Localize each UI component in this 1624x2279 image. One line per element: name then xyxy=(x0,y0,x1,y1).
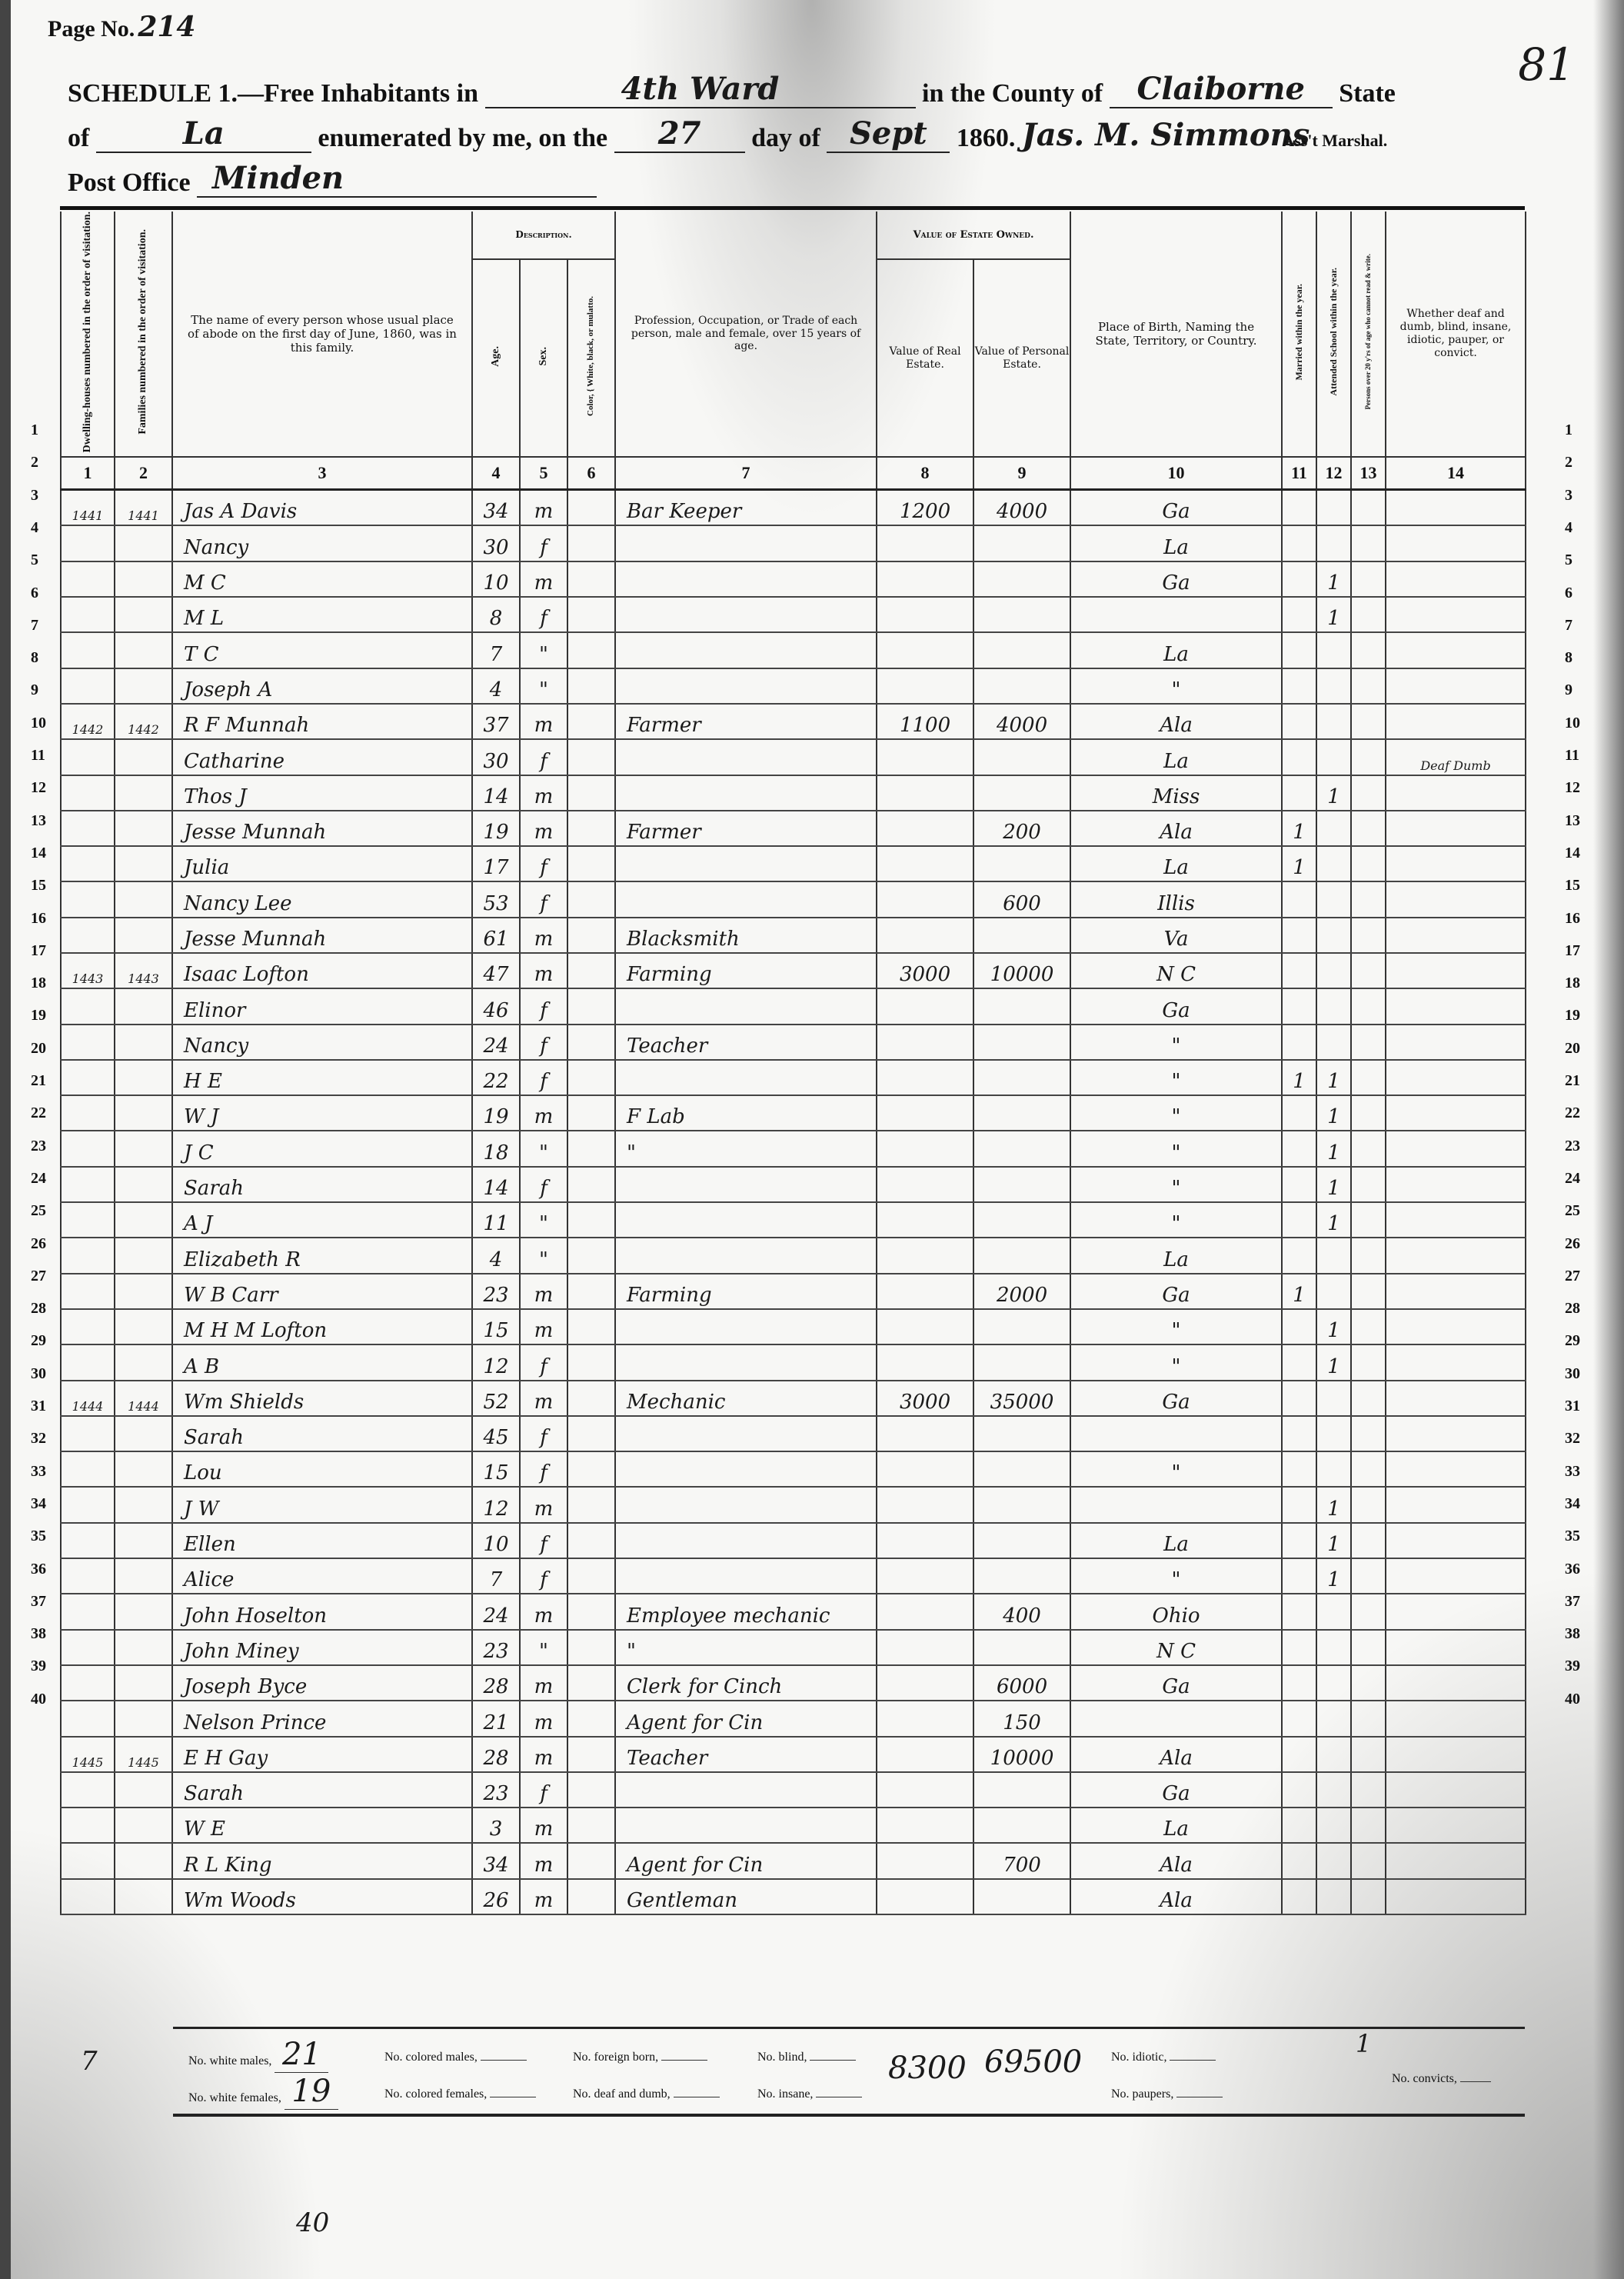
age-cell: 19 xyxy=(472,1095,520,1131)
person-name-cell: Joseph Byce xyxy=(172,1665,472,1701)
married-within-year-cell xyxy=(1282,1523,1316,1558)
birthplace-cell: Ga xyxy=(1070,490,1282,526)
birthplace-cell xyxy=(1070,1487,1282,1522)
family-number-cell xyxy=(115,1843,172,1878)
family-number-cell xyxy=(115,1630,172,1665)
occupation-cell xyxy=(615,668,877,704)
group-header-value-of-estate: Value of Estate Owned. xyxy=(877,212,1070,259)
line-number: 6 xyxy=(1565,585,1572,602)
color-cell xyxy=(567,490,615,526)
total-colored-males: No. colored males, xyxy=(384,2051,527,2064)
person-name-cell: Wm Shields xyxy=(172,1381,472,1416)
schedule-title: SCHEDULE 1.—Free Inhabitants in xyxy=(68,79,478,108)
occupation-cell: Farmer xyxy=(615,811,877,846)
color-cell xyxy=(567,1737,615,1772)
census-row: H E22f"11 xyxy=(61,1060,1526,1095)
census-row: J C18"""1 xyxy=(61,1131,1526,1166)
cannot-read-write-cell xyxy=(1351,775,1386,811)
census-row: A B12f"1 xyxy=(61,1344,1526,1380)
page-number-value: 214 xyxy=(138,11,195,43)
married-within-year-cell xyxy=(1282,1487,1316,1522)
family-number-cell xyxy=(115,1344,172,1380)
age-cell: 18 xyxy=(472,1131,520,1166)
disability-cell xyxy=(1386,1202,1526,1238)
personal-estate-value-cell xyxy=(973,1523,1070,1558)
line-number: 8 xyxy=(31,649,38,667)
cannot-read-write-cell xyxy=(1351,918,1386,953)
attended-school-cell: 1 xyxy=(1316,775,1351,811)
personal-estate-value-cell xyxy=(973,988,1070,1024)
color-cell xyxy=(567,597,615,632)
disability-cell xyxy=(1386,1060,1526,1095)
married-within-year-cell xyxy=(1282,1630,1316,1665)
census-table: Dwelling-houses numbered in the order of… xyxy=(60,212,1526,1915)
real-estate-value-cell xyxy=(877,988,973,1024)
dwelling-number-cell: 1443 xyxy=(61,953,115,988)
cannot-read-write-cell xyxy=(1351,1843,1386,1878)
married-within-year-cell xyxy=(1282,525,1316,561)
sex-cell: m xyxy=(520,1843,567,1878)
family-number-cell xyxy=(115,1879,172,1914)
personal-estate-value-cell xyxy=(973,1309,1070,1344)
line-number: 7 xyxy=(31,617,38,635)
dwelling-number-cell xyxy=(61,1808,115,1843)
age-cell: 7 xyxy=(472,632,520,668)
occupation-cell: Blacksmith xyxy=(615,918,877,953)
cannot-read-write-cell xyxy=(1351,1167,1386,1202)
personal-estate-value-cell: 400 xyxy=(973,1594,1070,1629)
cannot-read-write-cell xyxy=(1351,561,1386,597)
total-illiterate: 1 xyxy=(1356,2029,1371,2058)
age-cell: 30 xyxy=(472,739,520,775)
census-row: Nancy24fTeacher" xyxy=(61,1025,1526,1060)
real-estate-value-cell xyxy=(877,1737,973,1772)
personal-estate-value-cell xyxy=(973,597,1070,632)
family-number-cell: 1442 xyxy=(115,704,172,739)
person-name-cell: R F Munnah xyxy=(172,704,472,739)
married-within-year-cell: 1 xyxy=(1282,811,1316,846)
cannot-read-write-cell xyxy=(1351,597,1386,632)
attended-school-cell xyxy=(1316,525,1351,561)
family-number-cell: 1441 xyxy=(115,490,172,526)
line-number: 16 xyxy=(1565,910,1580,928)
person-name-cell: M L xyxy=(172,597,472,632)
married-within-year-cell xyxy=(1282,1381,1316,1416)
sex-cell: " xyxy=(520,632,567,668)
attended-school-cell xyxy=(1316,490,1351,526)
census-row: M L8f1 xyxy=(61,597,1526,632)
age-cell: 61 xyxy=(472,918,520,953)
marshal-title: Ass't Marshal. xyxy=(1282,131,1387,150)
married-within-year-cell xyxy=(1282,1808,1316,1843)
disability-cell xyxy=(1386,1594,1526,1629)
census-row: Jesse Munnah19mFarmer200Ala1 xyxy=(61,811,1526,846)
personal-estate-value-cell xyxy=(973,1558,1070,1594)
dwelling-number-cell xyxy=(61,1060,115,1095)
schedule-title-line: SCHEDULE 1.—Free Inhabitants in 4th Ward… xyxy=(68,71,1396,108)
line-number: 27 xyxy=(1565,1268,1580,1285)
age-cell: 10 xyxy=(472,1523,520,1558)
occupation-cell xyxy=(615,1344,877,1380)
attended-school-cell xyxy=(1316,1274,1351,1309)
married-within-year-cell xyxy=(1282,1131,1316,1166)
person-name-cell: Elinor xyxy=(172,988,472,1024)
line-number: 9 xyxy=(31,681,38,699)
sex-cell: " xyxy=(520,1202,567,1238)
cannot-read-write-cell xyxy=(1351,1701,1386,1736)
personal-estate-value-cell: 4000 xyxy=(973,704,1070,739)
age-cell: 23 xyxy=(472,1274,520,1309)
census-row: W J19mF Lab"1 xyxy=(61,1095,1526,1131)
census-row: Julia17fLa1 xyxy=(61,846,1526,881)
personal-estate-value-cell: 700 xyxy=(973,1843,1070,1878)
disability-cell xyxy=(1386,1451,1526,1487)
attended-school-cell xyxy=(1316,632,1351,668)
line-number: 7 xyxy=(1565,617,1572,635)
occupation-cell xyxy=(615,1808,877,1843)
occupation-cell: Bar Keeper xyxy=(615,490,877,526)
married-within-year-cell xyxy=(1282,1416,1316,1451)
marshal-signature: Jas. M. Simmons xyxy=(1022,117,1276,153)
dwelling-number-cell xyxy=(61,881,115,917)
col-header-personal-estate: Value of Personal Estate. xyxy=(973,259,1070,457)
age-cell: 26 xyxy=(472,1879,520,1914)
real-estate-value-cell xyxy=(877,632,973,668)
birthplace-cell: Ga xyxy=(1070,561,1282,597)
married-within-year-cell xyxy=(1282,1167,1316,1202)
real-estate-value-cell xyxy=(877,668,973,704)
sex-cell: f xyxy=(520,525,567,561)
family-number-cell xyxy=(115,525,172,561)
birthplace-cell: " xyxy=(1070,1202,1282,1238)
disability-cell xyxy=(1386,1523,1526,1558)
married-within-year-cell xyxy=(1282,668,1316,704)
age-cell: 47 xyxy=(472,953,520,988)
age-cell: 21 xyxy=(472,1701,520,1736)
division-value: 4th Ward xyxy=(485,71,916,108)
personal-estate-value-cell xyxy=(973,1879,1070,1914)
family-number-cell xyxy=(115,1665,172,1701)
disability-cell: Deaf Dumb xyxy=(1386,739,1526,775)
family-number-cell xyxy=(115,846,172,881)
color-cell xyxy=(567,1060,615,1095)
occupation-cell xyxy=(615,1487,877,1522)
real-estate-value-cell xyxy=(877,1238,973,1273)
birthplace-cell: Ga xyxy=(1070,1665,1282,1701)
line-number: 34 xyxy=(31,1495,46,1513)
census-row: Jesse Munnah61mBlacksmithVa xyxy=(61,918,1526,953)
married-within-year-cell: 1 xyxy=(1282,1060,1316,1095)
real-estate-value-cell xyxy=(877,1630,973,1665)
total-personal-estate: 69500 xyxy=(984,2044,1082,2080)
sex-cell: f xyxy=(520,739,567,775)
person-name-cell: E H Gay xyxy=(172,1737,472,1772)
occupation-cell xyxy=(615,1416,877,1451)
census-row: Nancy30fLa xyxy=(61,525,1526,561)
disability-cell xyxy=(1386,953,1526,988)
sex-cell: m xyxy=(520,1737,567,1772)
family-number-cell xyxy=(115,881,172,917)
attended-school-cell xyxy=(1316,1594,1351,1629)
age-cell: 34 xyxy=(472,1843,520,1878)
occupation-cell xyxy=(615,632,877,668)
col-header-age: Age. xyxy=(472,259,520,457)
dwelling-number-cell xyxy=(61,1309,115,1344)
census-row: W B Carr23mFarming2000Ga1 xyxy=(61,1274,1526,1309)
line-number: 26 xyxy=(1565,1235,1580,1253)
sex-cell: m xyxy=(520,918,567,953)
real-estate-value-cell xyxy=(877,1025,973,1060)
attended-school-cell xyxy=(1316,1630,1351,1665)
family-number-cell xyxy=(115,1523,172,1558)
attended-school-cell xyxy=(1316,953,1351,988)
person-name-cell: Sarah xyxy=(172,1416,472,1451)
birthplace-cell: " xyxy=(1070,1025,1282,1060)
age-cell: 45 xyxy=(472,1416,520,1451)
census-row: Joseph A4"" xyxy=(61,668,1526,704)
line-number: 1 xyxy=(31,421,38,439)
color-cell xyxy=(567,988,615,1024)
occupation-cell xyxy=(615,597,877,632)
year: 1860. xyxy=(957,124,1016,152)
sex-cell: m xyxy=(520,811,567,846)
birthplace-cell: Ala xyxy=(1070,811,1282,846)
sex-cell: m xyxy=(520,1665,567,1701)
color-cell xyxy=(567,1843,615,1878)
birthplace-cell: N C xyxy=(1070,1630,1282,1665)
birthplace-cell: " xyxy=(1070,1309,1282,1344)
married-within-year-cell: 1 xyxy=(1282,846,1316,881)
personal-estate-value-cell xyxy=(973,1808,1070,1843)
attended-school-cell xyxy=(1316,918,1351,953)
sex-cell: f xyxy=(520,1344,567,1380)
person-name-cell: Catharine xyxy=(172,739,472,775)
occupation-cell: Employee mechanic xyxy=(615,1594,877,1629)
cannot-read-write-cell xyxy=(1351,1665,1386,1701)
color-cell xyxy=(567,1665,615,1701)
persons-tally: 40 xyxy=(296,2207,329,2238)
birthplace-cell: " xyxy=(1070,1344,1282,1380)
attended-school-cell xyxy=(1316,1737,1351,1772)
married-within-year-cell xyxy=(1282,918,1316,953)
occupation-cell: Clerk for Cinch xyxy=(615,1665,877,1701)
married-within-year-cell xyxy=(1282,561,1316,597)
person-name-cell: Nancy Lee xyxy=(172,881,472,917)
sex-cell: m xyxy=(520,1309,567,1344)
person-name-cell: John Miney xyxy=(172,1630,472,1665)
birthplace-cell: La xyxy=(1070,1808,1282,1843)
real-estate-value-cell xyxy=(877,1594,973,1629)
attended-school-cell xyxy=(1316,1843,1351,1878)
real-estate-value-cell xyxy=(877,775,973,811)
day-value: 27 xyxy=(614,115,745,153)
color-cell xyxy=(567,1381,615,1416)
married-within-year-cell xyxy=(1282,1843,1316,1878)
age-cell: 34 xyxy=(472,490,520,526)
family-number-cell xyxy=(115,739,172,775)
person-name-cell: Joseph A xyxy=(172,668,472,704)
occupation-cell xyxy=(615,775,877,811)
cannot-read-write-cell xyxy=(1351,1131,1386,1166)
dwelling-number-cell xyxy=(61,1202,115,1238)
state-value: La xyxy=(96,115,311,153)
occupation-cell xyxy=(615,988,877,1024)
personal-estate-value-cell xyxy=(973,561,1070,597)
color-cell xyxy=(567,561,615,597)
personal-estate-value-cell xyxy=(973,1451,1070,1487)
real-estate-value-cell: 3000 xyxy=(877,1381,973,1416)
personal-estate-value-cell: 150 xyxy=(973,1701,1070,1736)
sex-cell: m xyxy=(520,1701,567,1736)
line-number: 36 xyxy=(1565,1561,1580,1578)
month-value: Sept xyxy=(827,115,950,153)
occupation-cell: F Lab xyxy=(615,1095,877,1131)
family-number-cell: 1444 xyxy=(115,1381,172,1416)
real-estate-value-cell xyxy=(877,1701,973,1736)
total-paupers: No. paupers, xyxy=(1111,2087,1223,2101)
age-cell: 46 xyxy=(472,988,520,1024)
line-number: 3 xyxy=(31,487,38,505)
real-estate-value-cell xyxy=(877,1843,973,1878)
disability-cell xyxy=(1386,846,1526,881)
age-cell: 14 xyxy=(472,1167,520,1202)
color-cell xyxy=(567,1523,615,1558)
line-number: 11 xyxy=(1565,747,1579,765)
birthplace-cell: Ala xyxy=(1070,1843,1282,1878)
age-cell: 24 xyxy=(472,1025,520,1060)
cannot-read-write-cell xyxy=(1351,846,1386,881)
cannot-read-write-cell xyxy=(1351,704,1386,739)
occupation-cell xyxy=(615,1309,877,1344)
census-row: R L King34mAgent for Cin700Ala xyxy=(61,1843,1526,1878)
age-cell: 8 xyxy=(472,597,520,632)
real-estate-value-cell xyxy=(877,1879,973,1914)
birthplace-cell: Ga xyxy=(1070,1772,1282,1808)
attended-school-cell: 1 xyxy=(1316,1344,1351,1380)
married-within-year-cell xyxy=(1282,632,1316,668)
disability-cell xyxy=(1386,1274,1526,1309)
married-within-year-cell xyxy=(1282,1344,1316,1380)
occupation-cell: Farming xyxy=(615,1274,877,1309)
age-cell: 12 xyxy=(472,1344,520,1380)
census-row: Thos J14mMiss1 xyxy=(61,775,1526,811)
line-number: 29 xyxy=(1565,1332,1580,1350)
family-number-cell xyxy=(115,1558,172,1594)
sex-cell: m xyxy=(520,1274,567,1309)
dwelling-number-cell xyxy=(61,1594,115,1629)
line-number: 8 xyxy=(1565,649,1572,667)
county-value: Claiborne xyxy=(1110,71,1333,108)
personal-estate-value-cell: 4000 xyxy=(973,490,1070,526)
census-row: Sarah14f"1 xyxy=(61,1167,1526,1202)
disability-cell xyxy=(1386,1772,1526,1808)
color-cell xyxy=(567,1630,615,1665)
attended-school-cell xyxy=(1316,1416,1351,1451)
sex-cell: m xyxy=(520,1879,567,1914)
dwelling-number-cell xyxy=(61,1095,115,1131)
color-cell xyxy=(567,775,615,811)
line-number: 35 xyxy=(1565,1528,1580,1545)
attended-school-cell: 1 xyxy=(1316,1095,1351,1131)
real-estate-value-cell xyxy=(877,739,973,775)
family-number-cell xyxy=(115,1095,172,1131)
birthplace-cell: Miss xyxy=(1070,775,1282,811)
sex-cell: " xyxy=(520,668,567,704)
occupation-cell: " xyxy=(615,1630,877,1665)
birthplace-cell: Ga xyxy=(1070,988,1282,1024)
disability-cell xyxy=(1386,1879,1526,1914)
disability-cell xyxy=(1386,1416,1526,1451)
line-number: 34 xyxy=(1565,1495,1580,1513)
occupation-cell: Gentleman xyxy=(615,1879,877,1914)
line-number: 14 xyxy=(1565,845,1580,862)
occupation-cell xyxy=(615,1523,877,1558)
real-estate-value-cell xyxy=(877,525,973,561)
sex-cell: f xyxy=(520,1025,567,1060)
family-number-cell xyxy=(115,1274,172,1309)
sex-cell: m xyxy=(520,490,567,526)
married-within-year-cell xyxy=(1282,597,1316,632)
family-number-cell xyxy=(115,775,172,811)
dwelling-number-cell xyxy=(61,739,115,775)
scan-edge-right xyxy=(1593,0,1624,2279)
person-name-cell: A J xyxy=(172,1202,472,1238)
dwelling-number-cell xyxy=(61,1487,115,1522)
sex-cell: f xyxy=(520,1558,567,1594)
color-cell xyxy=(567,1202,615,1238)
family-number-cell xyxy=(115,988,172,1024)
person-name-cell: J W xyxy=(172,1487,472,1522)
personal-estate-value-cell xyxy=(973,1131,1070,1166)
census-row: Sarah45f xyxy=(61,1416,1526,1451)
page-number: Page No.214 xyxy=(48,11,195,43)
occupation-cell: Farmer xyxy=(615,704,877,739)
family-number-cell: 1443 xyxy=(115,953,172,988)
attended-school-cell: 1 xyxy=(1316,1558,1351,1594)
color-cell xyxy=(567,668,615,704)
married-within-year-cell xyxy=(1282,1558,1316,1594)
attended-school-cell xyxy=(1316,739,1351,775)
dwelling-number-cell xyxy=(61,918,115,953)
real-estate-value-cell xyxy=(877,1487,973,1522)
cannot-read-write-cell xyxy=(1351,811,1386,846)
real-estate-value-cell xyxy=(877,1095,973,1131)
line-number: 17 xyxy=(31,942,46,960)
dwelling-number-cell xyxy=(61,811,115,846)
dwelling-number-cell xyxy=(61,525,115,561)
occupation-cell: " xyxy=(615,1131,877,1166)
color-cell xyxy=(567,704,615,739)
person-name-cell: Nancy xyxy=(172,525,472,561)
census-row: A J11""1 xyxy=(61,1202,1526,1238)
census-row: T C7"La xyxy=(61,632,1526,668)
disability-cell xyxy=(1386,988,1526,1024)
dwelling-number-cell xyxy=(61,1772,115,1808)
age-cell: 17 xyxy=(472,846,520,881)
dwelling-number-cell xyxy=(61,668,115,704)
age-cell: 10 xyxy=(472,561,520,597)
attended-school-cell xyxy=(1316,1025,1351,1060)
line-number: 28 xyxy=(1565,1300,1580,1318)
margin-folio-number: 81 xyxy=(1518,38,1575,91)
person-name-cell: Jesse Munnah xyxy=(172,811,472,846)
age-cell: 15 xyxy=(472,1451,520,1487)
dwelling-number-cell xyxy=(61,1416,115,1451)
line-number: 5 xyxy=(31,551,38,569)
real-estate-value-cell xyxy=(877,1772,973,1808)
birthplace-cell: " xyxy=(1070,1095,1282,1131)
person-name-cell: Alice xyxy=(172,1558,472,1594)
